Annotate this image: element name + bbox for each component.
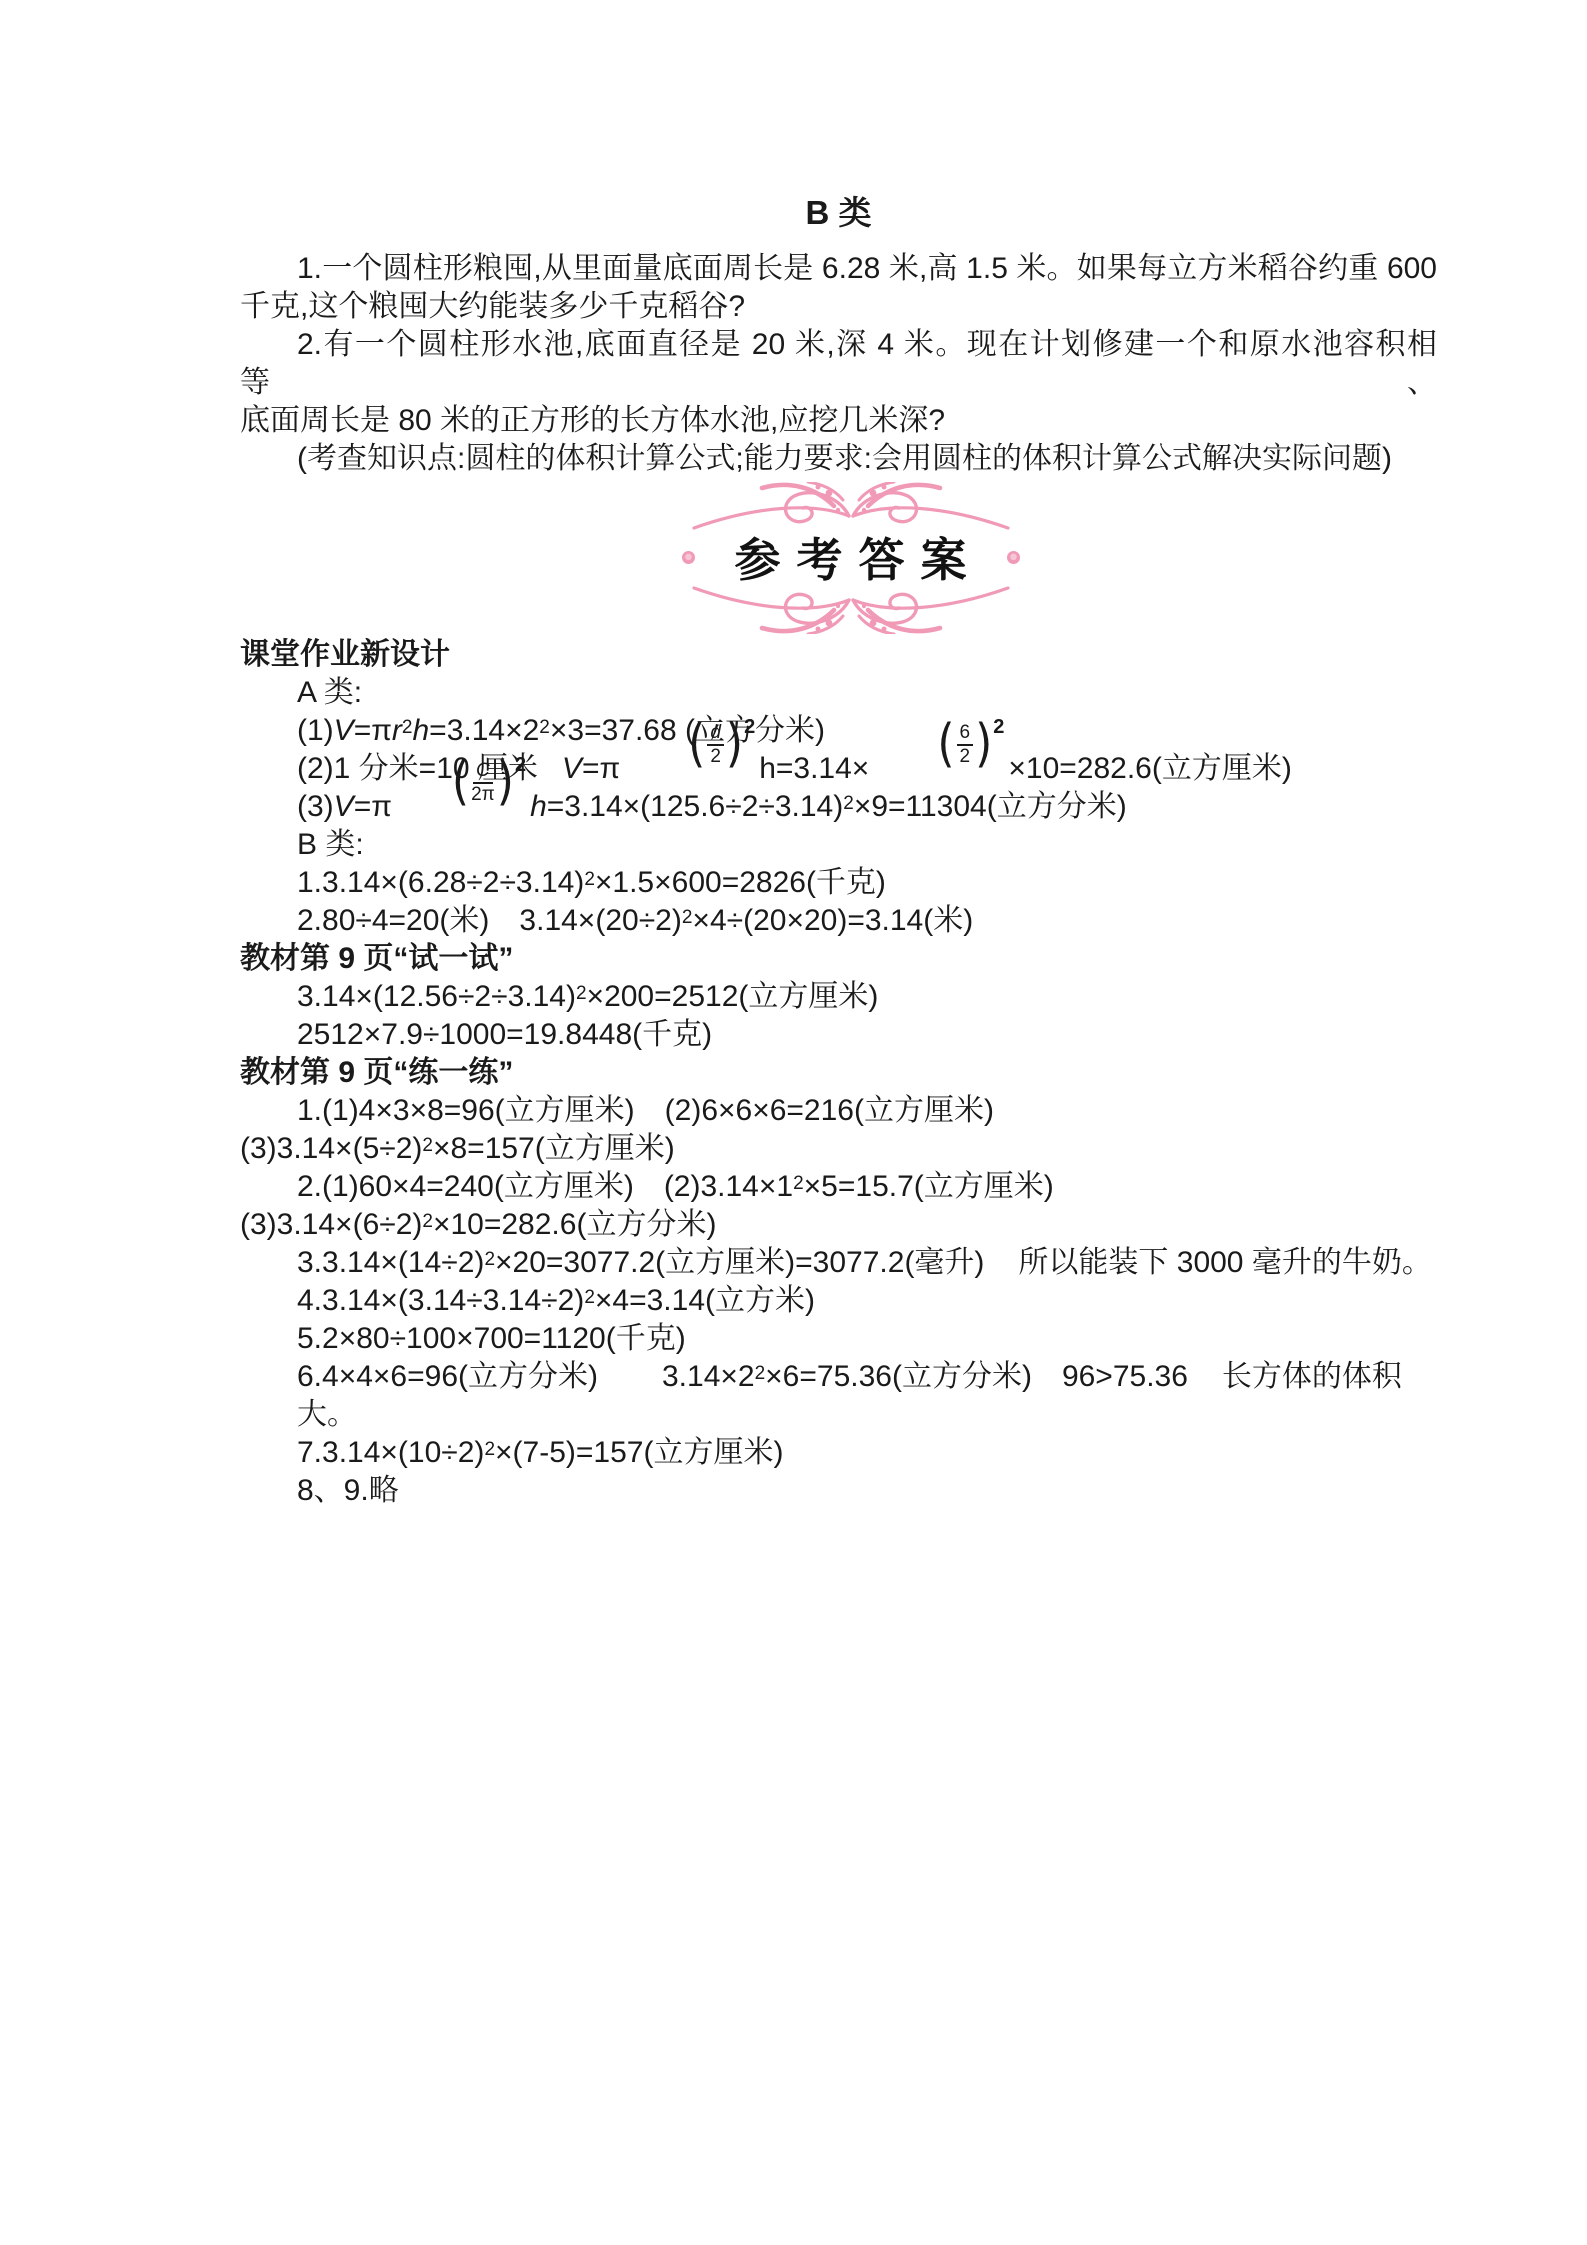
answer-a3: (3)V=π(C2π)2h=3.14×(125.6÷2÷3.14)2×9=113… [240, 788, 1437, 826]
answer-practice-2-cont: (3)3.14×(6÷2)2×10=282.6(立方分米) [240, 1206, 1437, 1244]
spacer [984, 1271, 1018, 1272]
spacer [869, 777, 933, 778]
spacer [635, 1119, 665, 1120]
question-1-line-2: 千克,这个粮囤大约能装多少千克稻谷? [240, 288, 1437, 326]
banner-title: 参考答案 [719, 524, 983, 590]
question-2-line-1: 2.有一个圆柱形水池,底面直径是 20 米,深 4 米。现在计划修建一个和原水池… [240, 326, 1437, 402]
answer-try-1: 3.14×(12.56÷2÷3.14)2×200=2512(立方厘米) [240, 978, 1437, 1016]
banner-dot-left-icon [682, 551, 695, 564]
answer-a1: (1)V=πr2h=3.14×22×3=37.68 (立方分米) [240, 712, 1437, 750]
fraction-expression: (d2)2 [688, 734, 755, 768]
answers-section-heading: 课堂作业新设计 [240, 636, 1437, 674]
question-2-line-2: 底面周长是 80 米的正方形的长方体水池,应挖几米深? [240, 402, 1437, 440]
fraction-expression: (C2π)2 [452, 772, 526, 806]
answer-practice-1: 1.(1)4×3×8=96(立方厘米)(2)6×6×6=216(立方厘米) [240, 1092, 1437, 1130]
spacer [620, 777, 684, 778]
answer-practice-7: 7.3.14×(10÷2)2×(7-5)=157(立方厘米) [240, 1434, 1437, 1472]
answer-a2: (2)1 分米=10 厘米V=π(d2)2h=3.14×(62)2×10=282… [240, 750, 1437, 788]
class-b-label: B 类: [240, 826, 1437, 864]
fraction-expression: (62)2 [937, 734, 1004, 768]
answer-practice-1-cont: (3)3.14×(5÷2)2×8=157(立方厘米) [240, 1130, 1437, 1168]
class-a-label: A 类: [240, 674, 1437, 712]
textbook-practice-heading: 教材第 9 页“练一练” [240, 1054, 1437, 1092]
spacer [1032, 1385, 1062, 1386]
spacer [1188, 1385, 1222, 1386]
answer-practice-8-9: 8、9.略 [240, 1472, 1437, 1510]
answer-practice-2: 2.(1)60×4=240(立方厘米)(2)3.14×12×5=15.7(立方厘… [240, 1168, 1437, 1206]
textbook-try-heading: 教材第 9 页“试一试” [240, 940, 1437, 978]
answer-b2: 2.80÷4=20(米)3.14×(20÷2)2×4÷(20×20)=3.14(… [240, 902, 1437, 940]
answer-practice-4: 4.3.14×(3.14÷3.14÷2)2×4=3.14(立方米) [240, 1282, 1437, 1320]
section-title: B 类 [240, 190, 1437, 236]
knowledge-note: (考查知识点:圆柱的体积计算公式;能力要求:会用圆柱的体积计算公式解决实际问题) [240, 440, 1437, 478]
reference-answers-banner: 参考答案 [671, 482, 1031, 634]
spacer [634, 1195, 664, 1196]
answer-b1: 1.3.14×(6.28÷2÷3.14)2×1.5×600=2826(千克) [240, 864, 1437, 902]
spacer [489, 929, 519, 930]
spacer [538, 777, 562, 778]
spacer [392, 815, 448, 816]
document-content: B 类 1.一个圆柱形粮囤,从里面量底面周长是 6.28 米,高 1.5 米。如… [0, 0, 1587, 1510]
question-1-line-1: 1.一个圆柱形粮囤,从里面量底面周长是 6.28 米,高 1.5 米。如果每立方… [240, 250, 1437, 288]
spacer [598, 1385, 662, 1386]
answer-practice-5: 5.2×80÷100×700=1120(千克) [240, 1320, 1437, 1358]
answer-try-2: 2512×7.9÷1000=19.8448(千克) [240, 1016, 1437, 1054]
banner-title-row: 参考答案 [671, 524, 1031, 590]
answer-practice-6: 6.4×4×6=96(立方分米)3.14×22×6=75.36(立方分米)96>… [240, 1358, 1437, 1434]
banner-dot-right-icon [1007, 551, 1020, 564]
answer-practice-3: 3.3.14×(14÷2)2×20=3077.2(立方厘米)=3077.2(毫升… [240, 1244, 1437, 1282]
document-page: B 类 1.一个圆柱形粮囤,从里面量底面周长是 6.28 米,高 1.5 米。如… [0, 0, 1587, 2245]
